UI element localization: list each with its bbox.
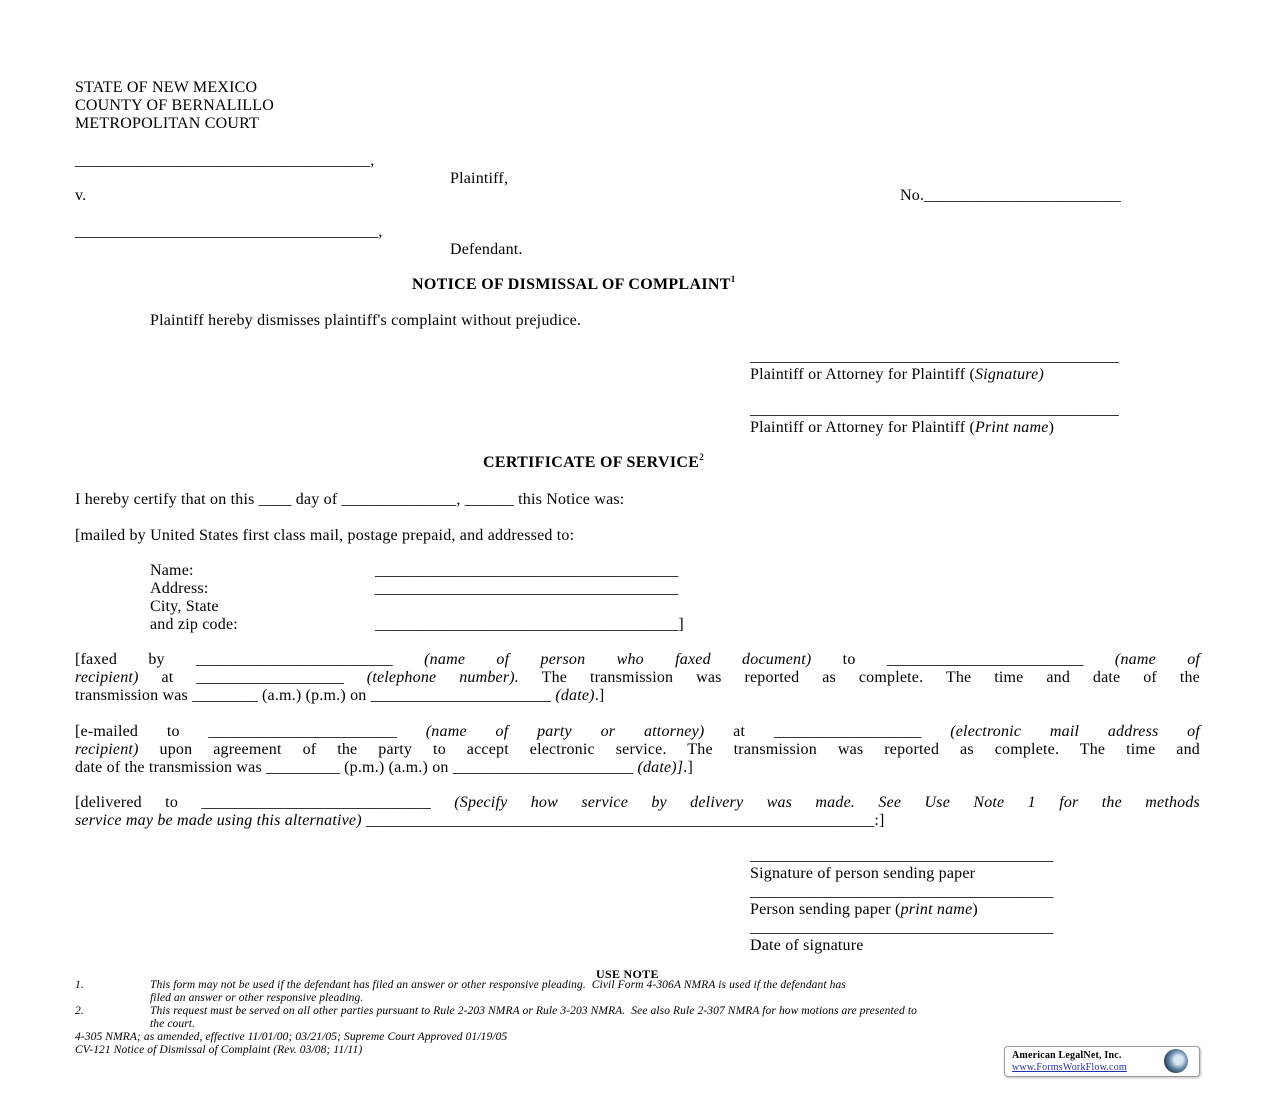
address-field-zip[interactable]: _____________________________________]: [375, 616, 684, 634]
court-name: METROPOLITAN COURT: [75, 115, 259, 133]
publisher-badge[interactable]: American LegalNet, Inc. www.FormsWorkFlo…: [1004, 1046, 1200, 1077]
text: date of the transmission was: [75, 759, 266, 776]
faxed-line-2: recipient) at __________________ (teleph…: [75, 669, 1200, 687]
delivery-method-field[interactable]: ________________________________________…: [366, 812, 874, 829]
email-address-field[interactable]: __________________: [774, 723, 922, 740]
text: at: [704, 723, 773, 740]
address-field-address[interactable]: _____________________________________: [375, 580, 678, 598]
text: [1084, 651, 1115, 668]
text: (p.m.) (a.m.) on: [340, 759, 453, 776]
hint: print name: [901, 901, 973, 918]
address-label-zip: and zip code:: [150, 616, 238, 634]
address-label-city-state: City, State: [150, 598, 219, 616]
text: upon agreement of the party to accept el…: [139, 741, 1200, 758]
address-field-name[interactable]: _____________________________________: [375, 562, 678, 580]
text: [393, 651, 424, 668]
text: [921, 723, 950, 740]
court-county: COUNTY OF BERNALILLO: [75, 97, 274, 115]
plaintiff-signature-field[interactable]: ________________________________________…: [750, 348, 1119, 366]
text: (a.m.) (p.m.) on: [258, 687, 371, 704]
delivered-line-1: [delivered to __________________________…: [75, 794, 1200, 812]
email-date-field[interactable]: ______________________: [453, 759, 633, 776]
hint: (electronic mail address of: [950, 723, 1200, 740]
fax-time-field[interactable]: ________: [192, 687, 258, 704]
faxed-line-1: [faxed by ________________________ (name…: [75, 651, 1200, 669]
use-note-2-line-2: the court.: [150, 1018, 195, 1031]
print-label-suffix: ): [1049, 419, 1055, 436]
signature-date-label: Date of signature: [750, 937, 864, 955]
text: [faxed by: [75, 651, 196, 668]
text: [delivered to: [75, 794, 201, 811]
mailed-intro: [mailed by United States first class mai…: [75, 527, 574, 545]
sender-print-name-field[interactable]: _____________________________________: [750, 883, 1053, 901]
footnote-marker-2: 2: [699, 452, 704, 462]
publisher-name: American LegalNet, Inc.: [1012, 1050, 1122, 1061]
emailed-line-1: [e-mailed to _______________________ (na…: [75, 723, 1200, 741]
text: :]: [874, 812, 884, 829]
email-time-field[interactable]: _________: [266, 759, 340, 776]
hint: recipient): [75, 669, 139, 686]
notice-title-text: NOTICE OF DISMISSAL OF COMPLAINT: [412, 276, 731, 293]
text: at: [139, 669, 197, 686]
signature-date-field[interactable]: _____________________________________: [750, 919, 1053, 937]
faxed-line-3: transmission was ________ (a.m.) (p.m.) …: [75, 687, 604, 705]
court-state: STATE OF NEW MEXICO: [75, 79, 257, 97]
plaintiff-signature-label: Plaintiff or Attorney for Plaintiff (Sig…: [750, 366, 1044, 384]
hint: (name of party or attorney): [426, 723, 705, 740]
fax-sender-field[interactable]: ________________________: [196, 651, 393, 668]
defendant-label: Defendant.: [450, 241, 523, 259]
notice-title: NOTICE OF DISMISSAL OF COMPLAINT1: [412, 276, 736, 294]
emailed-line-2: recipient) upon agreement of the party t…: [75, 741, 1200, 759]
rule-history: 4-305 NMRA; as amended, effective 11/01/…: [75, 1031, 507, 1044]
hint: service may be made using this alternati…: [75, 812, 362, 829]
text: .]: [595, 687, 605, 704]
form-id: CV-121 Notice of Dismissal of Complaint …: [75, 1044, 362, 1057]
text: Person sending paper (: [750, 901, 901, 918]
hint: (telephone number).: [367, 669, 519, 686]
text: [e-mailed to: [75, 723, 208, 740]
plaintiff-print-name-label: Plaintiff or Attorney for Plaintiff (Pri…: [750, 419, 1054, 437]
text: [431, 794, 454, 811]
fax-telephone-field[interactable]: __________________: [196, 669, 344, 686]
signature-label-italic: Signature): [975, 366, 1044, 383]
hint: (Specify how service by delivery was mad…: [454, 794, 1200, 811]
delivered-to-field[interactable]: ____________________________: [201, 794, 431, 811]
use-note-2-number: 2.: [75, 1005, 84, 1018]
fax-date-field[interactable]: ______________________: [371, 687, 551, 704]
use-note-1-line-1: This form may not be used if the defenda…: [150, 979, 846, 992]
text: [397, 723, 426, 740]
sender-print-name-label: Person sending paper (print name): [750, 901, 978, 919]
text: .]: [683, 759, 693, 776]
emailed-line-3: date of the transmission was _________ (…: [75, 759, 693, 777]
plaintiff-name-field[interactable]: ____________________________________,: [75, 152, 374, 170]
text: ): [972, 901, 978, 918]
globe-icon: [1164, 1049, 1188, 1073]
text: The transmission was reported as complet…: [519, 669, 1200, 686]
email-party-field[interactable]: _______________________: [208, 723, 397, 740]
certificate-title-text: CERTIFICATE OF SERVICE: [483, 454, 699, 471]
text: transmission was: [75, 687, 192, 704]
hint: (name of person who faxed document): [424, 651, 811, 668]
sender-signature-field[interactable]: _____________________________________: [750, 847, 1053, 865]
hint: (name of: [1115, 651, 1200, 668]
plaintiff-label: Plaintiff,: [450, 170, 508, 188]
delivered-line-2: service may be made using this alternati…: [75, 812, 885, 830]
footnote-marker-1: 1: [731, 274, 736, 284]
hint: (date): [555, 687, 594, 704]
versus-label: v.: [75, 187, 86, 205]
print-label-italic: Print name: [975, 419, 1049, 436]
certify-line[interactable]: I hereby certify that on this ____ day o…: [75, 491, 624, 509]
certificate-title: CERTIFICATE OF SERVICE2: [483, 454, 704, 472]
text: [344, 669, 367, 686]
case-number-field[interactable]: No.________________________: [900, 187, 1121, 205]
plaintiff-print-name-field[interactable]: ________________________________________…: [750, 401, 1119, 419]
text: to: [811, 651, 886, 668]
publisher-link[interactable]: www.FormsWorkFlow.com: [1012, 1062, 1127, 1073]
defendant-name-field[interactable]: _____________________________________,: [75, 223, 383, 241]
notice-body: Plaintiff hereby dismisses plaintiff's c…: [150, 312, 581, 330]
use-note-2-line-1: This request must be served on all other…: [150, 1005, 917, 1018]
hint: recipient): [75, 741, 139, 758]
address-label-name: Name:: [150, 562, 194, 580]
use-note-1-line-2: filed an answer or other responsive plea…: [150, 992, 363, 1005]
signature-label-text: Plaintiff or Attorney for Plaintiff (: [750, 366, 975, 383]
fax-recipient-field[interactable]: ________________________: [887, 651, 1084, 668]
use-note-1-number: 1.: [75, 979, 84, 992]
address-label-address: Address:: [150, 580, 208, 598]
hint: (date)]: [637, 759, 683, 776]
print-label-text: Plaintiff or Attorney for Plaintiff (: [750, 419, 975, 436]
sender-signature-label: Signature of person sending paper: [750, 865, 975, 883]
